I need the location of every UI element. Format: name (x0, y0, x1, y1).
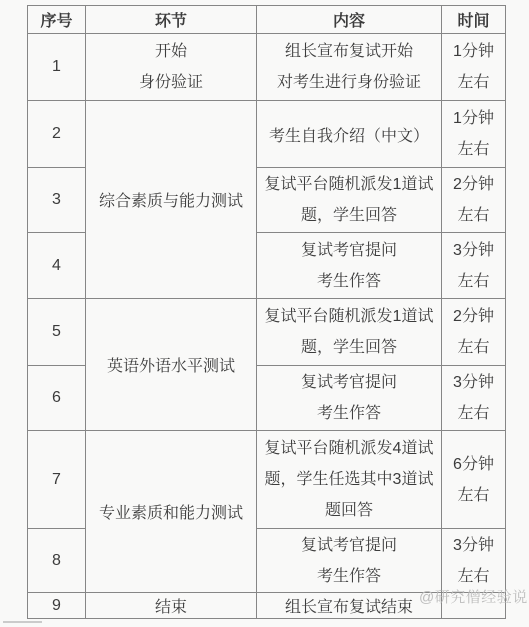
cell-content-4: 复试考官提问 考生作答 (257, 233, 442, 299)
content-line: 题，学生回答 (257, 332, 441, 363)
cell-time-2: 1分钟 左右 (442, 101, 506, 168)
table-row-2: 2 综合素质与能力测试 考生自我介绍（中文） 1分钟 左右 (28, 101, 506, 168)
cell-stage-group-1: 综合素质与能力测试 (86, 101, 257, 299)
time-line: 左右 (442, 134, 505, 165)
header-content: 内容 (257, 6, 442, 34)
cell-no-2: 2 (28, 101, 86, 168)
content-line: 组长宣布复试开始 (257, 36, 441, 67)
content-line: 题，学生任选其中3道试 (257, 464, 441, 495)
cell-content-7: 复试平台随机派发4道试 题，学生任选其中3道试 题回答 (257, 431, 442, 529)
cell-time-1: 1分钟 左右 (442, 34, 506, 101)
cell-content-9: 组长宣布复试结束 (257, 593, 442, 619)
content-line: 考生作答 (257, 266, 441, 297)
cell-content-5: 复试平台随机派发1道试 题，学生回答 (257, 299, 442, 366)
cell-content-1: 组长宣布复试开始 对考生进行身份验证 (257, 34, 442, 101)
content-line: 考生作答 (257, 398, 441, 429)
cell-no-4: 4 (28, 233, 86, 299)
cell-no-6: 6 (28, 366, 86, 431)
time-line: 1分钟 (442, 36, 505, 67)
time-line: 1分钟 (442, 103, 505, 134)
content-line: 复试平台随机派发4道试 (257, 433, 441, 464)
header-stage: 环节 (86, 6, 257, 34)
cell-content-6: 复试考官提问 考生作答 (257, 366, 442, 431)
content-line: 复试考官提问 (257, 235, 441, 266)
content-line: 复试考官提问 (257, 530, 441, 561)
time-line: 左右 (442, 398, 505, 429)
cell-no-3: 3 (28, 168, 86, 233)
cell-time-8: 3分钟 左右 (442, 529, 506, 593)
time-line: 左右 (442, 200, 505, 231)
cell-no-1: 1 (28, 34, 86, 101)
table-row-7: 7 专业素质和能力测试 复试平台随机派发4道试 题，学生任选其中3道试 题回答 … (28, 431, 506, 529)
cell-stage-1: 开始 身份验证 (86, 34, 257, 101)
corner-mark (3, 621, 42, 623)
cell-no-7: 7 (28, 431, 86, 529)
cell-content-3: 复试平台随机派发1道试 题，学生回答 (257, 168, 442, 233)
time-line: 3分钟 (442, 235, 505, 266)
watermark: @研究僧经验说 (419, 586, 528, 607)
cell-stage-9: 结束 (86, 593, 257, 619)
cell-time-6: 3分钟 左右 (442, 366, 506, 431)
content-line: 题回答 (257, 495, 441, 526)
table-header-row: 序号 环节 内容 时间 (28, 6, 506, 34)
time-line: 左右 (442, 266, 505, 297)
content-line: 对考生进行身份验证 (257, 67, 441, 98)
content-line: 复试平台随机派发1道试 (257, 301, 441, 332)
cell-stage-group-3: 专业素质和能力测试 (86, 431, 257, 593)
cell-no-8: 8 (28, 529, 86, 593)
header-no: 序号 (28, 6, 86, 34)
cell-no-9: 9 (28, 593, 86, 619)
time-line: 3分钟 (442, 367, 505, 398)
cell-stage-group-2: 英语外语水平测试 (86, 299, 257, 431)
time-line: 3分钟 (442, 530, 505, 561)
stage-line: 身份验证 (86, 67, 256, 98)
content-line: 题，学生回答 (257, 200, 441, 231)
time-line: 左右 (442, 67, 505, 98)
time-line: 6分钟 (442, 449, 505, 480)
cell-content-8: 复试考官提问 考生作答 (257, 529, 442, 593)
table-row-5: 5 英语外语水平测试 复试平台随机派发1道试 题，学生回答 2分钟 左右 (28, 299, 506, 366)
cell-content-2: 考生自我介绍（中文） (257, 101, 442, 168)
header-time: 时间 (442, 6, 506, 34)
cell-time-3: 2分钟 左右 (442, 168, 506, 233)
cell-time-4: 3分钟 左右 (442, 233, 506, 299)
time-line: 左右 (442, 480, 505, 511)
cell-time-5: 2分钟 左右 (442, 299, 506, 366)
content-line: 复试平台随机派发1道试 (257, 169, 441, 200)
content-line: 考生作答 (257, 561, 441, 592)
interview-process-table: 序号 环节 内容 时间 1 开始 身份验证 组长宣布复试开始 对考生进行身份验证… (27, 5, 506, 619)
stage-line: 开始 (86, 36, 256, 67)
cell-time-7: 6分钟 左右 (442, 431, 506, 529)
cell-no-5: 5 (28, 299, 86, 366)
time-line: 2分钟 (442, 301, 505, 332)
time-line: 2分钟 (442, 169, 505, 200)
table-row-1: 1 开始 身份验证 组长宣布复试开始 对考生进行身份验证 1分钟 左右 (28, 34, 506, 101)
content-line: 复试考官提问 (257, 367, 441, 398)
time-line: 左右 (442, 332, 505, 363)
